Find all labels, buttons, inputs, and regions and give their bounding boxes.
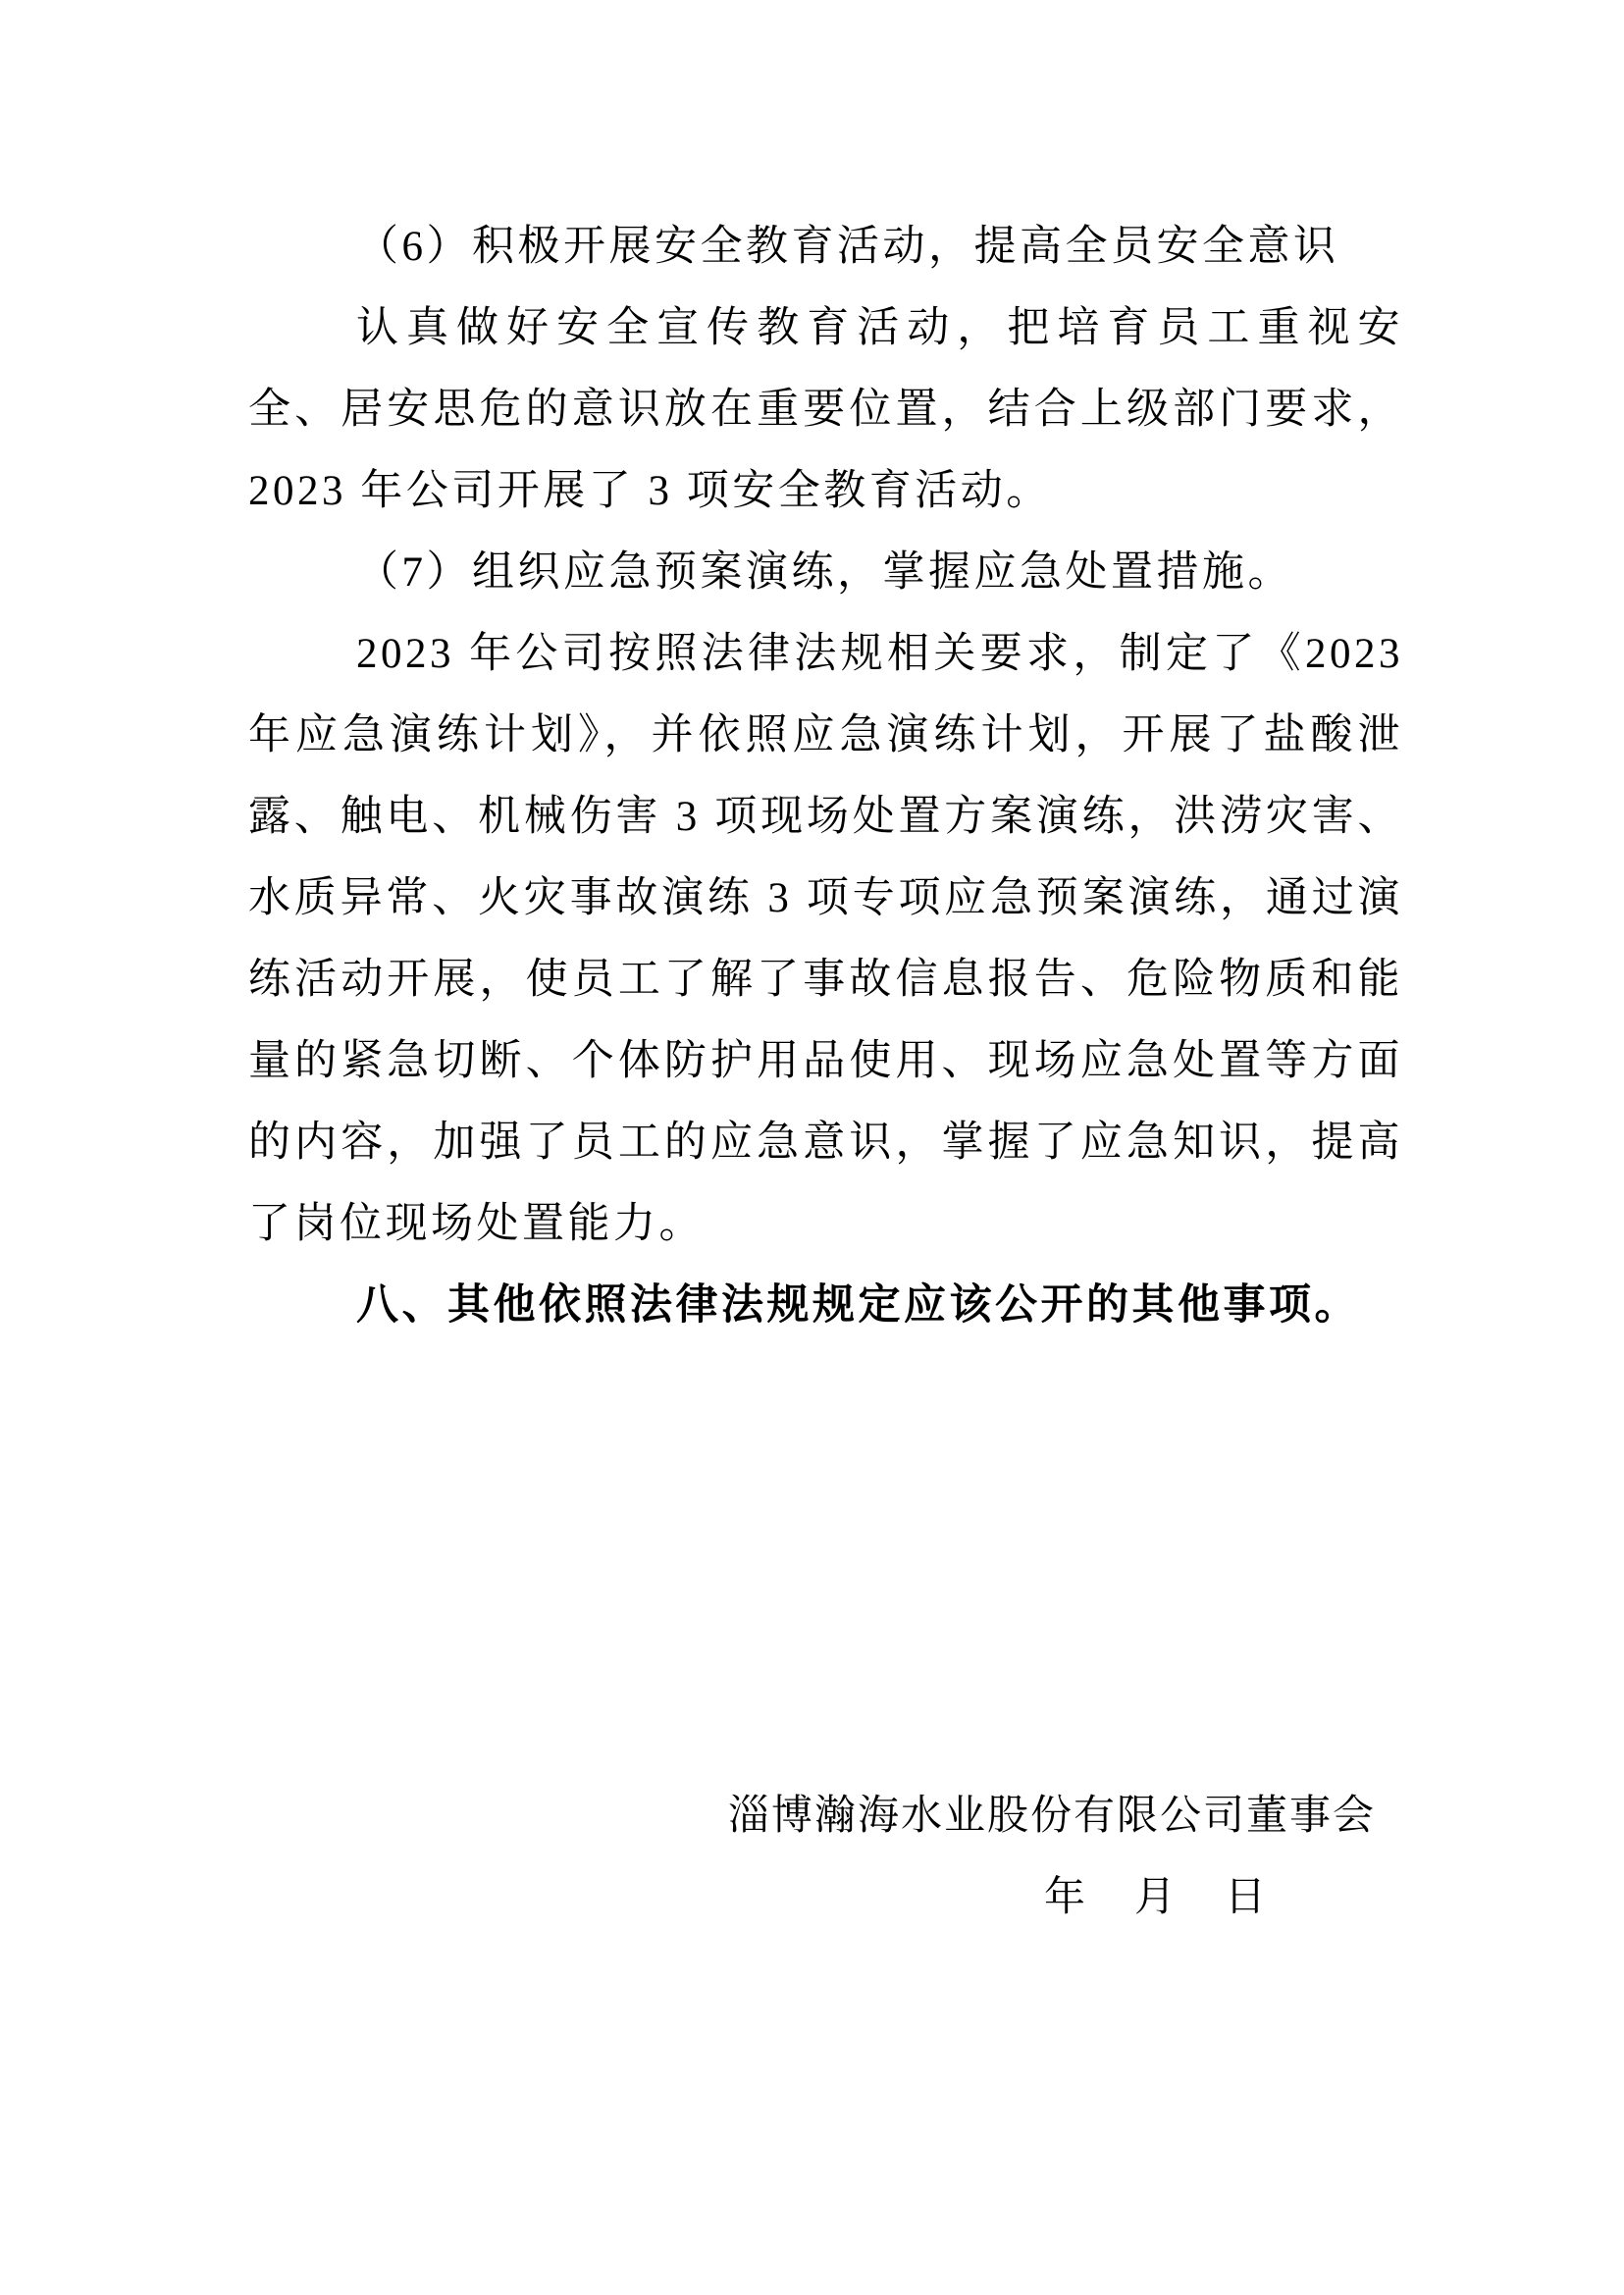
signature-date-line: 年 月 日 [248,1857,1403,1939]
signature-block: 淄博瀚海水业股份有限公司董事会 年 月 日 [248,1776,1403,1939]
paragraph-item-7: （7）组织应急预案演练，掌握应急处置措施。 [248,532,1403,613]
document-page: （6）积极开展安全教育活动，提高全员安全意识 认真做好安全宣传教育活动，把培育员… [0,0,1624,2295]
section-heading-8: 八、其他依照法律法规规定应该公开的其他事项。 [248,1265,1403,1346]
document-body: （6）积极开展安全教育活动，提高全员安全意识 认真做好安全宣传教育活动，把培育员… [248,206,1403,1939]
paragraph-item-6: （6）积极开展安全教育活动，提高全员安全意识 [248,206,1403,287]
paragraph-item-6-detail: 认真做好安全宣传教育活动，把培育员工重视安全、居安思危的意识放在重要位置，结合上… [248,287,1403,532]
paragraph-item-7-detail: 2023 年公司按照法律法规相关要求，制定了《2023 年应急演练计划》，并依照… [248,613,1403,1265]
signature-company: 淄博瀚海水业股份有限公司董事会 [248,1776,1403,1857]
